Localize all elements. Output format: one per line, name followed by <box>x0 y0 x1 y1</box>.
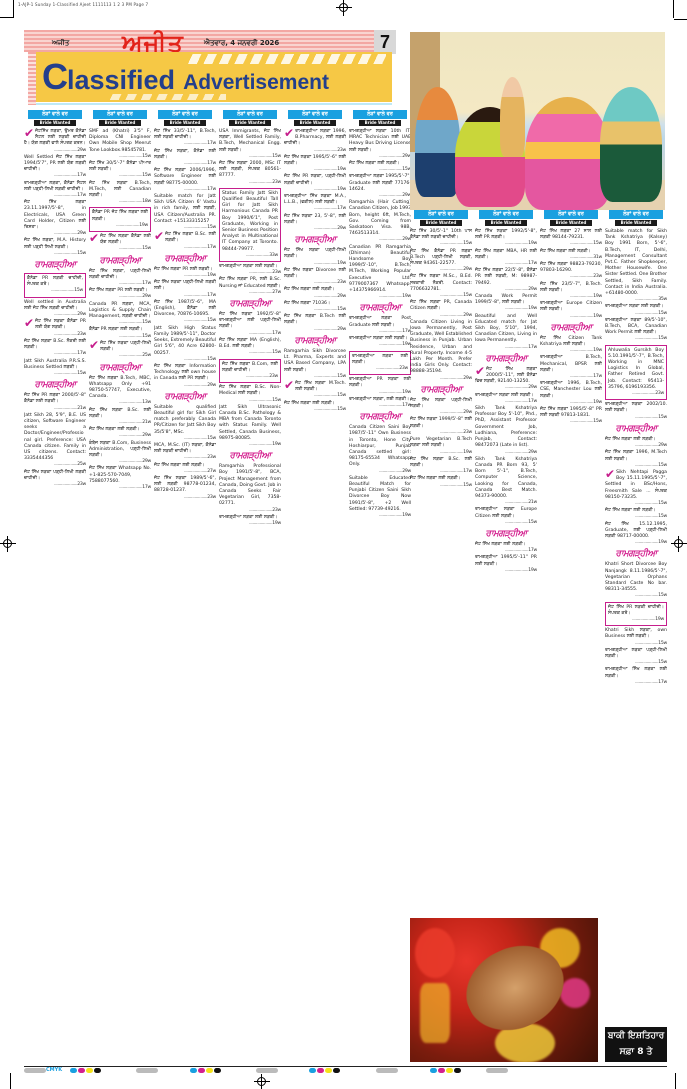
ad-text: Beautiful and Well Educated match for Ja… <box>475 314 537 344</box>
ad-word-count: ....................23w <box>24 332 86 338</box>
ad-word-count: ....................35w <box>605 297 667 303</box>
ad-text: ਜੱਟ ਸਿੱਖ ਲੜਕਾ ਪੜ੍ਹੀ-ਲਿਖੀ ਲੜਕੀ। <box>410 398 472 409</box>
ad-word-count: ....................15w <box>605 593 667 599</box>
classified-ad: ਰਾਮਗੜ੍ਹੀਆ 1995/5'-11" PR ਲਈ ਲੜਕੀ।.......… <box>475 555 537 574</box>
classified-ad: ਜੱਟ ਸਿੱਖ 1987/5'-6", MA (English), ਕੈਨੇਡ… <box>154 300 216 325</box>
ad-text: Ramgarhia Professional Boy 1991/5'-8", B… <box>219 464 281 506</box>
section-subheader: Bride Wanted <box>359 120 401 126</box>
promo-line-1: ਬਾਕੀ ਇਸ਼ਤਿਹਾਰ <box>605 1028 667 1044</box>
subsection-label: ਰਾਮਗੜ੍ਹੀਆ <box>89 363 151 373</box>
ad-word-count: ....................29w <box>605 443 667 449</box>
ad-text: ਜੱਟ ਸਿੱਖ Citizen Tank Kshatriya ਲਈ ਲੜਕੀ। <box>540 336 602 347</box>
checkmark-icon: ✔ <box>24 319 34 328</box>
ad-text: ਜੱਟ ਸਿੱਖ ਲੜਕਾ ਲਈ ਲੜਕੀ। <box>154 463 205 468</box>
ad-text: Canada Citizen Living in Iowa Permanentl… <box>410 320 472 375</box>
ad-word-count: ....................15w <box>219 398 281 404</box>
ad-text: ਰਾਮਗੜ੍ਹੀਆ ਲੜਕਾ, ਲਈ ਲੜਕੀ। <box>349 397 409 402</box>
ad-text: ਜੱਟ ਸਿੱਖ ਲੜਕਾ MA (English), B.Ed. ਲਈ ਲੜਕ… <box>219 338 281 349</box>
classified-ad: Well Settled ਜੱਟ ਸਿੱਖ ਲੜਕਾ 1994/5'7", PR… <box>24 155 86 180</box>
classified-ad: USA Immigrants, ਜੱਟ ਸਿੱਖ ਲੜਕਾ, Well Sett… <box>219 129 281 160</box>
ad-text: ਰਾਮਗੜ੍ਹੀਆ ਲੜਕਾ 1995/5'-7", Graduate ਲਈ ਲ… <box>349 174 411 191</box>
ad-text: ਜੱਟ ਸਿੱਖ ਲੜਕਾ ਲਈ ਲੜਕੀ। <box>284 401 335 406</box>
ad-text: ਜੱਟ ਸਿੱਖ ਲੜਕਾ Whatsapp No. +1-825-570-70… <box>89 466 151 483</box>
classified-ad: MCA, M.Sc. (IT) ਲੜਕਾ, ਕੈਨੇਡਾ ਲਈ ਲੜਕੀ ਚਾਹ… <box>154 443 216 462</box>
ad-text: Suitable qualified Beautiful girl for Si… <box>154 405 216 435</box>
ad-text: ਰਾਮਗੜ੍ਹੀਆ 1996, B.Tech, CSE, Manchester … <box>540 381 602 398</box>
section-header: ਲੋੜਾਂ ਵਾਲੇ ਵਰ <box>414 210 468 219</box>
ad-text: ਜੱਟ ਸਿੱਖ ਲੜਕਾ M.Sc., B.Ed. ਸਰਕਾਰੀ ਨੌਕਰੀ.… <box>410 274 472 291</box>
ad-word-count: ....................29w <box>349 469 411 475</box>
highlighted-ad: ਜੱਟ ਸਿੱਖ ਲੜਕਾ B.Com, ਲਈ ਲੜਕੀ ਚਾਹੀਦੀ।....… <box>219 359 281 384</box>
classified-ad: Canada Citizen Living in Iowa Permanentl… <box>410 320 472 382</box>
ad-word-count: ....................15w <box>605 336 667 342</box>
section-subheader: Bride Wanted <box>294 120 336 126</box>
section-subheader: Bride Wanted <box>34 120 76 126</box>
classified-ad: ਜੱਟ ਸਿੱਖ 30/5'-7" ਕੈਨੇਡਾ ਪੀਆਰ ਲਈ ਲੜਕੀ।..… <box>89 161 151 180</box>
ad-word-count: ....................17w <box>349 329 411 335</box>
gray-bar <box>24 1068 46 1073</box>
classified-ad: Jatt Sikh Ultrasonic Canada B.Sc. Pathol… <box>219 405 281 448</box>
ad-word-count: ....................15w <box>605 514 667 520</box>
ad-word-count: ....................15w <box>410 241 472 247</box>
classified-column: ਲੋੜਾਂ ਵਾਲੇ ਵਰBride Wantedਜੱਟ ਸਿੱਖ 33/5'-… <box>154 110 216 1065</box>
ad-word-count: ....................15w <box>475 520 537 526</box>
classified-ad: ✔ਜੱਟ ਸਿੱਖ ਲੜਕਾ 2000/5'-11", ਲਈ ਕੈਨੇਡਾ ਵਿ… <box>475 367 537 392</box>
classified-ad: ਰਾਮਗੜ੍ਹੀਆ ਲੜਕਾ, ਕੈਨੇਡਾ ਸੈਟਲ ਲਈ ਪੜ੍ਹੀ-ਲਿਖ… <box>24 181 86 200</box>
section-header: ਲੋੜਾਂ ਵਾਲੇ ਵਰ <box>93 110 147 119</box>
classified-ad: ਜੱਟ ਸਿੱਖ ਲੜਕਾ B.Tech, M.Tech, ਲਈ Canadia… <box>89 181 151 206</box>
ad-text: ਜੱਟ ਸਿੱਖ ਲੜਕਾ ਲਈ ਲੜਕੀ। <box>605 508 656 513</box>
classified-ad: Beautiful and Well Educated match for Ja… <box>475 314 537 351</box>
subsection-label: ਰਾਮਗੜ੍ਹੀਆ <box>219 299 281 309</box>
ad-word-count: ....................25w <box>89 353 151 359</box>
ad-text: Jatt Sikh 28, 5'9", B.E. US citizen, Sof… <box>24 413 86 461</box>
ad-word-count: ....................15w <box>24 251 86 257</box>
ad-word-count: ....................15w <box>27 288 83 294</box>
classified-ad: ਜੱਟ ਸਿੱਖ ਲੜਕਾ 2000, MSc IT ਲਈ ਲੜਕੀ, ਸੰਪਰ… <box>219 161 281 186</box>
ad-text: ਜੱਟ ਸਿੱਖ PR ਲੜਕਾ, ਪੜ੍ਹੀ-ਲਿਖੀ ਲੜਕੀ ਚਾਹੀਦੀ… <box>284 174 346 185</box>
ad-text: ਜੱਟ ਸਿੱਖ ਲੜਕਾ ਪੜ੍ਹੀ-ਲਿਖੀ ਲੜਕੀ ਲਈ। <box>154 280 216 291</box>
ad-word-count: ....................31w <box>540 255 602 261</box>
classified-ad: ਜੱਟ ਸਿੱਖ PR ਲੜਕਾ 2000/5'-8" ਕੈਨੇਡਾ ਲਈ ਲੜ… <box>24 393 86 412</box>
classified-ad: ਜੱਟ ਸਿੱਖ ਲੜਕਾ, ਪੜ੍ਹੀ-ਲਿਖੀ ਲੜਕੀ ਚਾਹੀਦੀ।..… <box>89 269 151 288</box>
classified-ad: ਜੱਟ ਸਿੱਖ ਲੜਕਾ ਲਈ ਲੜਕੀ।..................… <box>605 437 667 449</box>
footer-rule <box>24 1066 667 1067</box>
section-subheader: Bride Wanted <box>550 220 592 226</box>
classified-ad: ਜੱਟ ਸਿੱਖ ਲੜਕਾ ਪੜ੍ਹੀ-ਲਿਖੀ ਲੜਕੀ ਲਈ।.......… <box>154 280 216 299</box>
ad-word-count: ....................19w <box>540 314 602 320</box>
ad-word-count: ....................17w <box>349 403 411 409</box>
ad-word-count: ....................15w <box>219 154 281 160</box>
classified-ad: ਜੱਟ ਸਿੱਖ ਲੜਕਾ B.Sc. ਲਈ ਲੜਕੀ।............… <box>89 408 151 427</box>
ad-word-count: ....................17w <box>475 399 537 405</box>
crop-mark <box>0 17 13 18</box>
ad-text: Khatri Sikh ਲੜਕਾ, own Business ਲਈ ਲੜਕੀ। <box>605 628 667 639</box>
crop-mark <box>13 0 14 18</box>
ad-text: ਕੈਨੇਡਾ PR ਲੜਕੀ ਚਾਹੀਦੀ, ਸੰਪਰਕ ਕਰੋ। <box>27 276 83 287</box>
classified-ad: Suitable Educated Beautiful Match for Pu… <box>349 476 411 519</box>
ad-text: Suitable match for Sikh Tank Kshatriya (… <box>605 229 667 296</box>
ad-text: ਜੱਟ ਸਿੱਖ ਲੜਕਾ 1999/5'-8" ਲਈ ਲੜਕੀ। <box>410 417 472 428</box>
ad-word-count: ....................33w <box>222 253 278 259</box>
classified-ad: ਜੱਟ ਸਿੱਖ ਲੜਕਾ 1995/5'-6" ਲਈ ਲੜਕੀ।.......… <box>284 155 346 174</box>
ad-text: Jatt Sikh High Status Family 1989/5'-11"… <box>154 326 216 356</box>
classified-ad: ✔ਜੱਟਸਿੱਖ ਲੜਕਾ, ਉਮਰ ਕੈਨੇਡਾ ਸੈਟਲ ਲਈ ਲੜਕੀ ਚ… <box>24 129 86 154</box>
section-subheader: Bride Wanted <box>229 120 271 126</box>
ad-word-count: ....................23w <box>410 430 472 436</box>
classified-ad: Canadian PR Ramgarhia (Dhiman) Beautiful… <box>349 245 411 301</box>
ad-text: Ramgarhia (Hair Cutting) Canadian Citize… <box>349 200 411 236</box>
ad-word-count: ....................23w <box>608 391 664 397</box>
ad-word-count: ....................19w <box>349 513 411 519</box>
checkmark-icon: ✔ <box>605 470 615 479</box>
classified-ad: ਜੱਟ ਸਿੱਖ ਲੜਕਾ M.Sc., B.Ed. ਸਰਕਾਰੀ ਨੌਕਰੀ.… <box>410 274 472 299</box>
subsection-label: ਰਾਮਗੜ੍ਹੀਆ <box>349 412 411 422</box>
gray-bar <box>376 1068 398 1073</box>
ad-word-count: ....................17w <box>154 245 216 251</box>
crop-mark <box>673 0 674 18</box>
color-bar <box>70 1068 101 1073</box>
classified-ad: ਜੱਟ ਸਿੱਖ ਲੜਕਾ 1995/5'-8" PR ਲਈ ਲੜਕੀ 9781… <box>540 407 602 426</box>
ad-word-count: ....................29w <box>284 327 346 333</box>
classified-ad: ਜੱਟ ਸਿੱਖ ਲੜਕਾ 1992/5'-8" ਰਾਮਗੜ੍ਹੀਆ ਲਈ ਪੜ… <box>219 312 281 337</box>
ad-text: ਜੱਟ ਸਿੱਖ ਲੜਕਾ PR ਲਈ ਲੜਕੀ। <box>89 288 147 293</box>
classified-ad: ਜੱਟ ਸਿੱਖ ਲੜਕਾ ਲਈ ਲੜਕੀ।..................… <box>410 476 472 488</box>
ad-word-count: ....................29w <box>410 267 472 273</box>
ad-word-count: ....................15w <box>284 407 346 413</box>
ad-text: ਜੱਟ ਸਿੱਖ ਲੜਕਾ B.Com, ਲਈ ਲੜਕੀ ਚਾਹੀਦੀ। <box>222 362 278 373</box>
subsection-label: ਰਾਮਗੜ੍ਹੀਆ <box>475 354 537 364</box>
classified-ad: ਜੱਟ ਸਿੱਖ ਲੜਕਾ PR ਲਈ ਲੜਕੀ।...............… <box>89 288 151 300</box>
issue-date: ਐਤਵਾਰ, 4 ਜਨਵਰੀ 2026 <box>204 39 279 48</box>
ad-text: ਰਾਮਗੜ੍ਹੀਆ ਲੜਕਾ ਲਈ ਲੜਕੀ। <box>475 393 534 398</box>
classified-ad: ਜੱਟ ਸਿੱਖ ਲੜਕਾ, M.A. History ਲਈ ਪੜ੍ਹੀ ਲਿਖ… <box>24 238 86 257</box>
ad-word-count: ....................19w <box>349 294 411 300</box>
classified-ad: ਰਾਮਗੜ੍ਹੀਆ ਲੜਕਾ 1995/5'-7", Graduate ਲਈ ਲ… <box>349 174 411 199</box>
ad-text: Sikh Tank Kshatriya Professor Boy 5'-10"… <box>475 406 537 448</box>
ad-text: ਜੱਟ ਸਿੱਖ ਕੈਨੇਡਾ PR ਲੜਕਾ B.Tech ਪੜ੍ਹੀ-ਲਿਖ… <box>410 249 472 266</box>
ad-text: ਕੈਨੇਡਾ PR ਲੜਕਾ ਲਈ ਲੜਕੀ। <box>89 327 143 332</box>
classified-ad: ✔ਜੱਟ ਸਿੱਖ ਲੜਕਾ B.Sc. ਲਈ ਲੜਕੀ।...........… <box>154 232 216 251</box>
ad-text: ਜੱਟ ਸਿੱਖ ਲੜਕਾ 27 ਸਾਲ ਲਈ ਲੜਕੀ 98144-79231… <box>540 229 602 240</box>
ad-text: ਜੱਟ ਸਿੱਖ ਲੜਕਾ 98823-79230, 97803-16290. <box>540 262 602 273</box>
classified-ad: ਜੱਟ ਸਿੱਖ ਲੜਕਾ MBA, HR ਲਈ ਲੜਕੀ।..........… <box>475 249 537 268</box>
ad-text: ਜੱਟ ਸਿੱਖ ਲੜਕਾ 23, 5'-8", ਲਈ ਲੜਕੀ। <box>284 214 346 225</box>
ad-text: ਜੱਟ ਸਿੱਖ ਲੜਕਾ B.Tech, MBC, Whatsapp Only… <box>89 376 151 400</box>
ad-word-count: ....................17w <box>89 281 151 287</box>
continued-on-page-notice: ਬਾਕੀ ਇਸ਼ਤਿਹਾਰ ਸਫ਼ਾ 8 ਤੇ <box>605 1027 667 1062</box>
classified-ad: ਜੱਟ ਸਿੱਖ ਲੜਕਾ ਲਈ ਲੜਕੀ।..................… <box>349 161 411 173</box>
ad-word-count: ....................17w <box>154 187 216 193</box>
ad-text: ਜੱਟ ਸਿੱਖ ਲੜਕਾ 2000, MSc IT ਲਈ ਲੜਕੀ, ਸੰਪਰ… <box>219 161 281 178</box>
ad-word-count: ....................15w <box>154 357 216 363</box>
highlighted-ad: Ahluwalia Gursikh Boy 5.10.1991/5'-7", B… <box>605 345 667 401</box>
classified-column: ਲੋੜਾਂ ਵਾਲੇ ਵਰBride WantedUSA Immigrants,… <box>219 110 281 1065</box>
ad-text: ਰਾਮਗੜ੍ਹੀਆ ਲੜਕਾ 2002/10. ਲਈ ਲੜਕੀ। <box>605 402 667 413</box>
ad-text: ਜੱਟ ਸਿੱਖ ਲੜਕਾ 1996, M.Tech ਲਈ ਲੜਕੀ। <box>605 450 667 461</box>
classified-ad: ਜੱਟ ਸਿੱਖ ਲੜਕਾ Whatsapp No. +1-825-570-70… <box>89 466 151 491</box>
ad-text: Well settled in Australia ਲਈ ਜੱਟ ਸਿੱਖ ਲੜ… <box>24 300 86 311</box>
section-subheader: Bride Wanted <box>615 220 657 226</box>
ad-text: ਜੱਟ ਸਿੱਖ ਲੜਕਾ 1992/5'-8" ਰਾਮਗੜ੍ਹੀਆ ਲਈ ਪੜ… <box>219 312 281 329</box>
ad-word-count: ....................17w <box>475 548 537 554</box>
registration-mark-icon <box>671 536 687 552</box>
ad-word-count: ....................19w <box>284 261 346 267</box>
ad-word-count: ....................15w <box>605 311 667 317</box>
classified-ad: ਰਾਮਗੜ੍ਹੀਆ ਲੜਕਾ ਲਈ ਲੜਕੀ।.................… <box>219 515 281 527</box>
ad-text: ਜੱਟ ਸਿੱਖ 15.12.1995, Graduate, ਲਈ ਪੜ੍ਹੀ-… <box>605 522 667 539</box>
ad-text: ਜੱਟ ਸਿੱਖ 30/5'-7" ਕੈਨੇਡਾ ਪੀਆਰ ਲਈ ਲੜਕੀ। <box>89 161 151 172</box>
classified-ad: Pure Vegetarian B.Tech ਲੜਕਾ ਲਈ ਲੜਕੀ।....… <box>410 437 472 456</box>
classified-ad: Ramgarhia Professional Boy 1991/5'-8", B… <box>219 464 281 514</box>
subsection-label: ਰਾਮਗੜ੍ਹੀਆ <box>410 385 472 395</box>
classified-column: ਲੋੜਾਂ ਵਾਲੇ ਵਰBride WantedSMF ad (Khatri)… <box>89 110 151 1065</box>
classified-ad: ਜੱਟ ਸਿੱਖ ਲੜਕਾ 23, 5'-8", ਲਈ ਲੜਕੀ।.......… <box>284 214 346 233</box>
ad-text: ਜੱਟ ਸਿੱਖ ਲੜਕਾ PR, ਲਈ B.Sc. Nursing ਜਾਂ E… <box>219 277 281 288</box>
ad-text: ਰਾਮਗੜ੍ਹੀਆ ਲੜਕਾ, ਕੈਨੇਡਾ ਸੈਟਲ ਲਈ ਪੜ੍ਹੀ-ਲਿਖ… <box>24 181 86 192</box>
classified-ad: ਜੱਟ ਸਿੱਖ ਲੜਕਾ ਲਈ ਲੜਕੀ।..................… <box>284 287 346 299</box>
classified-ad: Khatri Sikh ਲੜਕਾ, own Business ਲਈ ਲੜਕੀ।.… <box>605 628 667 647</box>
ad-text: Canada PR ਲੜਕਾ, MCA, Logistics & Supply … <box>89 302 151 319</box>
ad-word-count: ....................15w <box>410 483 472 489</box>
classified-ad: ਜੱਟ ਸਿੱਖ ਲੜਕਾ B.Sc. ਲਈ ਲੜਕੀ।............… <box>410 457 472 476</box>
classified-ad: ਜੱਟ ਸਿੱਖ ਲੜਕਾ B.Tech, MBC, Whatsapp Only… <box>89 376 151 407</box>
ad-text: ਜੱਟ ਸਿੱਖ ਲੜਕਾ ਲਈ ਲੜਕੀ। <box>410 476 461 481</box>
page-number: 7 <box>374 30 396 54</box>
ad-word-count: ....................19w <box>540 400 602 406</box>
ad-word-count: ....................23w <box>154 495 216 501</box>
subsection-label: ਰਾਮਗੜ੍ਹੀਆ <box>24 380 86 390</box>
masthead: ਅਜੀਤ ਅਜੀਤ ਐਤਵਾਰ, 4 ਜਨਵਰੀ 2026 7 Classifi… <box>24 30 392 105</box>
ad-text: ਜੱਟ ਸਿੱਖ ਲੜਕਾ Divorcee ਲਈ ਲੜਕੀ। <box>284 268 346 279</box>
ad-text: ਰਾਮਗੜ੍ਹੀਆ ਲੜਕਾ Europe Citizen ਲਈ ਲੜਕੀ। <box>475 507 537 518</box>
ad-word-count: ....................19w <box>475 241 537 247</box>
subsection-label: ਰਾਮਗੜ੍ਹੀਆ <box>349 303 411 313</box>
ad-text: Sikh Tank Kshatriya Canada PR Born 93, 5… <box>475 457 537 499</box>
ad-word-count: ....................19w <box>410 450 472 456</box>
classified-ad: ਜੱਟ ਸਿੱਖ ਲੜਕਾ B.Tech ਲਈ ਲੜਕੀ।...........… <box>284 314 346 333</box>
ad-text: ਜੱਟ ਸਿੱਖ ਲੜਕਾ 2006/1996, Software Engine… <box>154 168 216 185</box>
ad-word-count: ....................23w <box>540 274 602 280</box>
ad-word-count: ....................29w <box>154 383 216 389</box>
classified-ad: ਜੱਟ ਸਿੱਖ PR ਲੜਕਾ, ਪੜ੍ਹੀ-ਲਿਖੀ ਲੜਕੀ ਚਾਹੀਦੀ… <box>284 174 346 193</box>
ad-text: Suitable match for Jatt Sikh USA Citizen… <box>154 194 216 224</box>
ad-word-count: ....................25w <box>24 462 86 468</box>
classified-ad: ਜੱਟ ਸਿੱਖ ਲੜਕਾ ਪੜ੍ਹੀ-ਲਿਖੀ ਲੜਕੀ।..........… <box>410 398 472 417</box>
ad-text: Canada Work Permit 1999/5'-8", ਲਈ ਲੜਕੀ। <box>475 294 537 305</box>
highlighted-ad: ਰਾਮਗੜ੍ਹੀਆ ਲੜਕਾ ਲਈ ਲੜਕੀ।.................… <box>349 351 411 376</box>
ad-word-count: ....................19w <box>540 348 602 354</box>
classified-column: ਲੋੜਾਂ ਵਾਲੇ ਵਰBride Wanted✔ਰਾਮਗੜ੍ਹੀਆ ਲੜਕਾ… <box>284 110 346 1065</box>
ad-text: ਜੱਟ ਸਿੱਖ PR ਲੜਕੀ ਚਾਹੀਦੀ। ਸੰਪਰਕ ਕਰੋ। <box>608 605 664 616</box>
classified-ad: ਜੱਟ ਸਿੱਖ ਲੜਕਾ 1989/5'-6", ਲਈ ਲੜਕੀ 98778-… <box>154 476 216 501</box>
ad-text: ਰਾਮਗੜ੍ਹੀਆ 1995/5'-11" PR ਲਈ ਲੜਕੀ। <box>475 555 537 566</box>
classified-ad: ਜੱਟ ਸਿੱਖ ਲੜਕਾ B.Sc. Non-Medical ਲਈ ਲੜਕੀ।… <box>219 385 281 404</box>
classified-column: ਲੋੜਾਂ ਵਾਲੇ ਵਰBride Wantedਜੱਟ ਸਿੱਖ 30/5'-… <box>410 210 472 910</box>
gray-bar <box>136 1068 158 1073</box>
classified-ad: Khatri Short Divorcee Boy Nanjangk 8.11.… <box>605 562 667 599</box>
classified-ad: ਜੱਟ ਸਿੱਖ ਲੜਕਾ Divorcee ਲਈ ਲੜਕੀ।.........… <box>284 268 346 287</box>
ad-word-count: ....................29w <box>410 313 472 319</box>
subsection-label: ਰਾਮਗੜ੍ਹੀਆ <box>154 254 216 264</box>
classified-ad: ਜੱਟ ਸਿੱਖ Citizen Tank Kshatriya ਲਈ ਲੜਕੀ।… <box>540 336 602 355</box>
section-header: ਲੋੜਾਂ ਵਾਲੇ ਵਰ <box>544 210 598 219</box>
ad-word-count: ....................23w <box>24 482 86 488</box>
ad-word-count: ....................29w <box>89 459 151 465</box>
classified-ad: Suitable qualified Beautiful girl for Si… <box>154 405 216 442</box>
section-subheader: Bride Wanted <box>485 220 527 226</box>
color-bar <box>430 1068 461 1073</box>
classified-ad: ਰਾਮਗੜ੍ਹੀਆ 1996, B.Tech, CSE, Manchester … <box>540 381 602 406</box>
classified-ad: ਰਾਮਗੜ੍ਹੀਆ ਲੜਕਾ ਪੜ੍ਹੀ-ਲਿਖੀ ਲੜਕੀ।.........… <box>605 648 667 667</box>
ad-word-count: ....................19w <box>284 167 346 173</box>
checkmark-icon: ✔ <box>89 234 99 243</box>
ad-word-count: ....................23w <box>284 280 346 286</box>
classified-ad: ਜੱਟ ਸਿੱਖ ਲੜਕਾ PR, ਲਈ B.Sc. Nursing ਜਾਂ E… <box>219 277 281 296</box>
ad-word-count: ....................29w <box>475 385 537 391</box>
ad-text: Suitable Educated Beautiful Match for Pu… <box>349 476 411 512</box>
subsection-label: ਰਾਮਗੜ੍ਹੀਆ <box>284 336 346 346</box>
ad-text: ਜੱਟ ਸਿੱਖ ਲੜਕਾ PR, Canada Citizen ਲੜਕੀ। <box>410 300 472 311</box>
section-subheader: Bride Wanted <box>164 120 206 126</box>
ad-text: ਰਾਮਗੜ੍ਹੀਆ B.Tech, Mechanical, BPSR ਲਈ ਲੜ… <box>540 355 602 372</box>
classified-ad: Suitable match for Jatt Sikh USA Citizen… <box>154 194 216 231</box>
ad-text: ਜੱਟ ਸਿੱਖ ਲੜਕਾ B.Tech ਲਈ ਲੜਕੀ। <box>284 314 346 325</box>
classified-ad: ਰਾਮਗੜ੍ਹੀਆ ਲੜਕਾ 2002/10. ਲਈ ਲੜਕੀ।........… <box>605 402 667 421</box>
ad-text: ਜੱਟ ਸਿੱਖ 23/5'-7", B.Tech. ਲਈ ਲੜਕੀ। <box>540 282 602 293</box>
ad-word-count: ....................17w <box>284 206 346 212</box>
ad-text: ਜੱਟ ਸਿੱਖ ਲੜਕਾ ਕੈਨੇਡਾ PR ਲਈ ਯੋਗ ਲੜਕੀ। <box>35 319 86 330</box>
ad-word-count: ....................17w <box>89 485 151 491</box>
ad-text: ਜੱਟ ਸਿੱਖ ਲੜਕਾ B.Sc. ਲਈ ਲੜਕੀ। <box>165 232 216 243</box>
classified-ad: ਜੱਟ ਸਿੱਖ ਕੈਨੇਡਾ PR ਲੜਕਾ B.Tech ਪੜ੍ਹੀ-ਲਿਖ… <box>410 249 472 274</box>
ad-text: Ahluwalia Gursikh Boy 5.10.1991/5'-7", B… <box>608 348 664 390</box>
ad-text: ਜੱਟ ਸਿੱਖ PR ਲੜਕਾ 2000/5'-8" ਕੈਨੇਡਾ ਲਈ ਲੜ… <box>24 393 86 404</box>
ad-word-count: ....................15w <box>24 371 86 377</box>
ad-text: ਰਾਮਗੜ੍ਹੀਆ ਲੜਕਾ ਲਈ ਲੜਕੀ। <box>219 515 278 520</box>
ad-text: ਜੱਟ ਸਿੱਖ ਲੜਕਾ B.Sc. ਲਈ ਲੜਕੀ। <box>89 408 151 419</box>
registration-mark-icon <box>0 536 16 552</box>
crop-mark <box>675 1073 676 1089</box>
section-subheader: Bride Wanted <box>420 220 462 226</box>
classified-ad: ਜੱਟ ਸਿੱਖ ਲੜਕਾ ਪੜ੍ਹੀ-ਲਿਖੀ ਲੜਕੀ।..........… <box>284 248 346 267</box>
classified-ad: ਜੱਟ ਸਿੱਖ ਲੜਕਾ ਪੜ੍ਹੀ-ਲਿਖੀ ਲੜਕੀ ਚਾਹੀਦੀ।...… <box>24 470 86 489</box>
ad-word-count: ....................17w <box>24 173 86 179</box>
ad-text: ਜੱਟ ਸਿੱਖ ਲੜਕਾ ਲਈ ਲੜਕੀ। <box>284 287 335 292</box>
ad-text: Canada Citizen Saini Boy 1987/5'-11" Own… <box>349 425 411 467</box>
ad-word-count: ....................19w <box>349 342 411 348</box>
ad-text: ਜੱਟ ਸਿੱਖ ਲੜਕਾ ਲਈ ਲੜਕੀ। <box>349 161 400 166</box>
checkmark-icon: ✔ <box>284 129 294 138</box>
ad-text: ਰਾਮਗੜ੍ਹੀਆ ਲੜਕਾ ਲਈ ਲੜਕੀ। <box>352 354 408 365</box>
classified-ad: ✔Sikh Nehtapi Pagga Boy 15.11.1995/5'-7"… <box>605 470 667 507</box>
classified-ad: ਜੱਟ ਸਿੱਖ 33/5'-11", B.Tech, ਲਈ ਲੜਕੀ ਚਾਹੀ… <box>154 129 216 148</box>
ad-word-count: ....................15w <box>284 393 346 399</box>
classified-column: ਲੋੜਾਂ ਵਾਲੇ ਵਰBride Wanted✔ਜੱਟਸਿੱਖ ਲੜਕਾ, … <box>24 110 86 1065</box>
ad-word-count: ....................15w <box>154 318 216 324</box>
ad-word-count: ....................29w <box>24 148 86 154</box>
ad-word-count: ....................17w <box>24 351 86 357</box>
classified-ad: ਜੱਟ ਸਿੱਖ ਲੜਕਾ 71036।....................… <box>284 301 346 313</box>
ad-text: ਰਾਮਗੜ੍ਹੀਆ ਲੜਕਾ 89/5'-10", B.Tech, BCA, C… <box>605 318 667 335</box>
cmyk-label: CMYK <box>46 1067 62 1073</box>
ad-word-count: ....................19w <box>284 187 346 193</box>
classified-ad: ਜੱਟ ਸਿੱਖ ਲੜਕਾ 2006/1996, Software Engine… <box>154 168 216 193</box>
ad-word-count: ....................21w <box>24 406 86 412</box>
classified-ad: ਜੱਟ ਸਿੱਖ ਲੜਕਾ ਲਈ ਲੜਕੀ।..................… <box>605 508 667 520</box>
ad-text: Ramgarhia Sikh Divorcee Lt. Pharma, Expe… <box>284 349 346 373</box>
classified-ad: ਰਾਮਗੜ੍ਹੀਆ ਲੜਕਾ ਲਈ ਲੜਕੀ।.................… <box>605 304 667 316</box>
ad-word-count: ....................17w <box>154 141 216 147</box>
ad-text: ਜੱਟ ਸਿੱਖ ਲੜਕਾ Information Technology ਲਈ … <box>154 364 216 381</box>
ad-word-count: ....................23w <box>222 374 278 380</box>
ad-word-count: ....................29w <box>89 294 151 300</box>
ad-word-count: ....................19w <box>475 306 537 312</box>
checkmark-icon: ✔ <box>284 381 294 390</box>
classified-ad: Jatt Sikh Australia P.R.S.S. Business Se… <box>24 359 86 378</box>
subsection-label: ਰਾਮਗੜ੍ਹੀਆ <box>24 260 86 270</box>
classified-ad: ਜੱਟ ਸਿੱਖ 30/5'-1" 10th ਪਾਸ ਕੈਨੇਡਾ ਲਈ ਲੜਕ… <box>410 229 472 248</box>
subsection-label: ਰਾਮਗੜ੍ਹੀਆ <box>284 235 346 245</box>
color-bar <box>190 1068 221 1073</box>
promo-line-2: ਸਫ਼ਾ 8 ਤੇ <box>605 1044 667 1060</box>
gray-bar <box>256 1068 278 1073</box>
classified-column: ਲੋੜਾਂ ਵਾਲੇ ਵਰBride Wantedਜੱਟ ਸਿੱਖ ਲੜਕਾ 2… <box>540 210 602 910</box>
classified-ad: Sikh Tank Kshatriya Canada PR Born 93, 5… <box>475 457 537 507</box>
subsection-label: ਰਾਮਗੜ੍ਹੀਆ <box>605 549 667 559</box>
section-subheader: Bride Wanted <box>99 120 141 126</box>
classified-ad: Ramgarhia (Hair Cutting) Canadian Citize… <box>349 200 411 243</box>
highlighted-ad: ਕੈਨੇਡਾ PR ਲੜਕੀ ਚਾਹੀਦੀ, ਸੰਪਰਕ ਕਰੋ।.......… <box>24 273 86 298</box>
classified-ad: ਜੱਟ ਸਿੱਖ ਲੜਕਾ ਲਈ ਲੜਕੀ।..................… <box>284 401 346 413</box>
ad-text: ਜੱਟ ਸਿੱਖ ਲੜਕਾ 71036। <box>284 301 330 306</box>
ad-text: Well Settled ਜੱਟ ਸਿੱਖ ਲੜਕਾ 1994/5'7", PR… <box>24 155 86 172</box>
ad-word-count: ....................15w <box>154 436 216 442</box>
subsection-label: ਰਾਮਗੜ੍ਹੀਆ <box>605 424 667 434</box>
ad-word-count: ....................15w <box>605 660 667 666</box>
ad-text: ਜੱਟ ਸਿੱਖ ਲੜਕਾ 1995/5'-6" ਲਈ ਲੜਕੀ। <box>284 155 346 166</box>
classified-ad: ਜੱਟ ਸਿੱਖ ਲੜਕਾ ਲਈ ਲੜਕੀ।..................… <box>540 249 602 261</box>
ad-word-count: ....................29w <box>475 287 537 293</box>
color-bar <box>309 1068 340 1073</box>
ad-text: ਜੱਟ ਸਿੱਖ ਲੜਕਾ 1995/5'-8" PR ਲਈ ਲੜਕੀ 9781… <box>540 407 602 418</box>
ad-word-count: ....................19w <box>154 273 216 279</box>
classified-banner: ClassifiedAdvertisement <box>36 52 392 102</box>
ad-word-count: ....................17w <box>219 331 281 337</box>
ad-text: ਰਾਮਗੜ੍ਹੀਆ ਲੜਕਾ ਲਈ ਲੜਕੀ। <box>605 304 664 309</box>
ad-word-count: ....................15w <box>540 241 602 247</box>
subsection-label: ਰਾਮਗੜ੍ਹੀਆ <box>154 392 216 402</box>
ad-word-count: ....................13w <box>89 400 151 406</box>
ad-text: ਰਾਮਗੜ੍ਹੀਆ ਸਿੱਖ ਲੜਕਾ ਲਈ ਲੜਕੀ। <box>605 667 667 678</box>
classified-ad: ✔ਰਾਮਗੜ੍ਹੀਆ ਲੜਕਾ 1996, B.Pharmacy, ਲਈ ਲੜਕ… <box>284 129 346 154</box>
classified-ad: ਜੱਟ ਸਿੱਖ ਲੜਕਾ 27 ਸਾਲ ਲਈ ਲੜਕੀ 98144-79231… <box>540 229 602 248</box>
ad-text: ਜੱਟ ਸਿੱਖ ਲੜਕਾ 23.11.1997/5'-8", in Elect… <box>24 200 86 230</box>
section-header: ਲੋੜਾਂ ਵਾਲੇ ਵਰ <box>288 110 342 119</box>
ad-word-count: ....................17w <box>475 345 537 351</box>
classified-ad: ਰਾਮਗੜ੍ਹੀਆ ਲੜਕਾ ਲਈ ਲੜਕੀ।.................… <box>475 393 537 405</box>
ad-text: Khatri Short Divorcee Boy Nanjangk 8.11.… <box>605 562 667 592</box>
classified-ad: ਜੱਟ ਸਿੱਖ ਲੜਕਾ PR ਲਈ ਲੜਕੀ।...............… <box>154 267 216 279</box>
classified-ad: ਜੱਟ ਸਿੱਖ 15.12.1995, Graduate, ਲਈ ਪੜ੍ਹੀ-… <box>605 522 667 547</box>
checkmark-icon: ✔ <box>154 232 164 241</box>
classified-ad: ਜੱਟ ਸਿੱਖ ਲੜਕਾ ਲਈ ਲੜਕੀ।..................… <box>475 542 537 554</box>
ad-word-count: ....................15w <box>284 307 346 313</box>
section-header: ਲੋੜਾਂ ਵਾਲੇ ਵਰ <box>223 110 277 119</box>
ad-text: ਕੈਨੇਡਾ PR ਜੱਟ ਸਿੱਖ ਲੜਕਾ ਲਈ ਲੜਕੀ। <box>92 210 148 221</box>
classified-ad: ਰਾਮਗੜ੍ਹੀਆ ਲੜਕਾ Europe Citizen ਲਈ ਲੜਕੀ।..… <box>475 507 537 526</box>
classified-column: ਲੋੜਾਂ ਵਾਲੇ ਵਰBride Wantedਜੱਟ ਸਿੱਖ ਲੜਕਾ 1… <box>475 210 537 910</box>
